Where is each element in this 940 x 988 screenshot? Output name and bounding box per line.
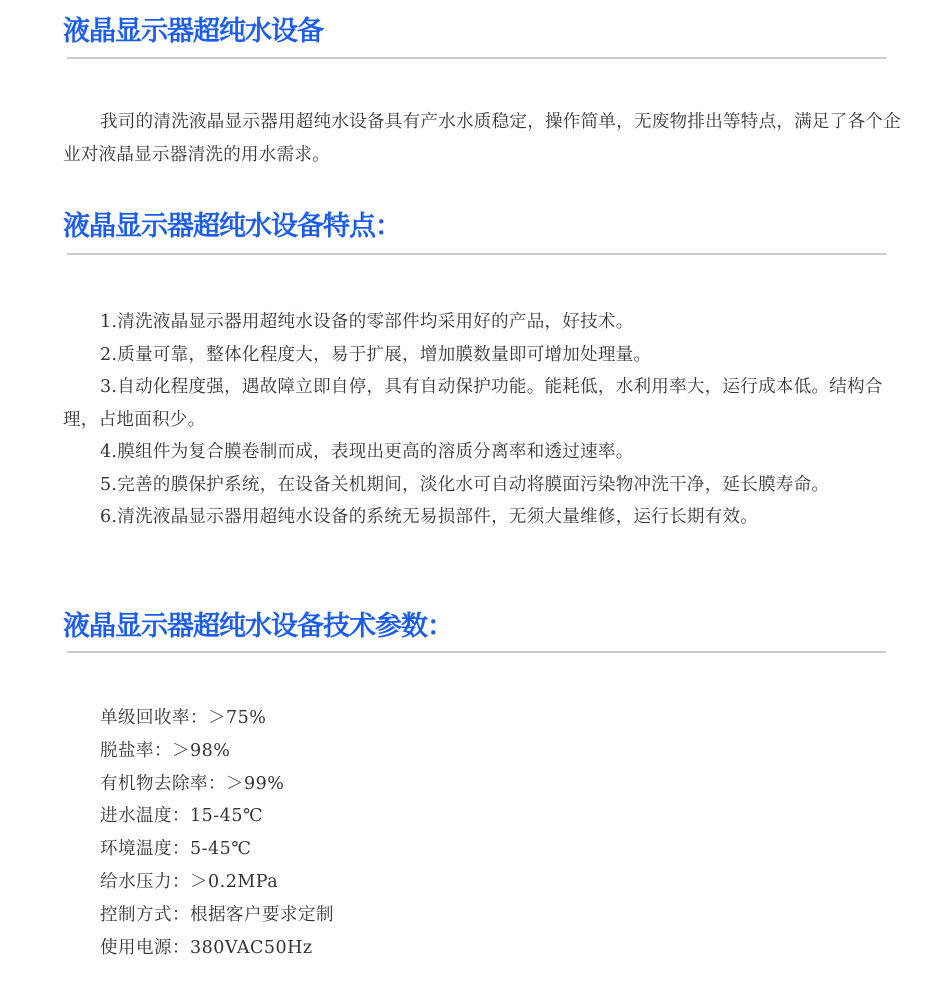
spec-recovery-rate: 单级回收率：＞75%: [100, 702, 334, 735]
spec-ambient-temperature: 环境温度：5-45℃: [100, 833, 334, 866]
feature-item-3: 3.自动化程度强，遇故障立即自停，具有自动保护功能。能耗低，水利用率大，运行成本…: [63, 371, 903, 436]
spec-power-supply: 使用电源：380VAC50Hz: [100, 932, 334, 965]
spec-inlet-water-temperature: 进水温度：15-45℃: [100, 800, 334, 833]
intro-paragraph: 我司的清洗液晶显示器用超纯水设备具有产水水质稳定，操作简单，无废物排出等特点，满…: [63, 106, 903, 171]
spec-feed-water-pressure: 给水压力：＞0.2MPa: [100, 866, 334, 899]
feature-item-4: 4.膜组件为复合膜卷制而成，表现出更高的溶质分离率和透过速率。: [63, 436, 903, 469]
spec-desalination-rate: 脱盐率：＞98%: [100, 735, 334, 768]
feature-item-5: 5.完善的膜保护系统，在设备关机期间，淡化水可自动将膜面污染物冲洗干净，延长膜寿…: [63, 469, 903, 502]
specs-divider: [67, 651, 886, 653]
features-list: 1.清洗液晶显示器用超纯水设备的零部件均采用好的产品，好技术。 2.质量可靠，整…: [63, 306, 903, 534]
spec-control-mode: 控制方式：根据客户要求定制: [100, 899, 334, 932]
specs-title: 液晶显示器超纯水设备技术参数：: [63, 609, 453, 645]
feature-item-2: 2.质量可靠，整体化程度大，易于扩展，增加膜数量即可增加处理量。: [63, 339, 903, 372]
intro-title: 液晶显示器超纯水设备: [63, 14, 323, 50]
features-title: 液晶显示器超纯水设备特点：: [63, 209, 401, 245]
feature-item-6: 6.清洗液晶显示器用超纯水设备的系统无易损部件，无须大量维修，运行长期有效。: [63, 501, 903, 534]
spec-organic-removal-rate: 有机物去除率：＞99%: [100, 768, 334, 801]
features-divider: [67, 253, 886, 255]
specs-list: 单级回收率：＞75% 脱盐率：＞98% 有机物去除率：＞99% 进水温度：15-…: [100, 702, 334, 964]
feature-item-1: 1.清洗液晶显示器用超纯水设备的零部件均采用好的产品，好技术。: [63, 306, 903, 339]
intro-divider: [67, 57, 886, 59]
